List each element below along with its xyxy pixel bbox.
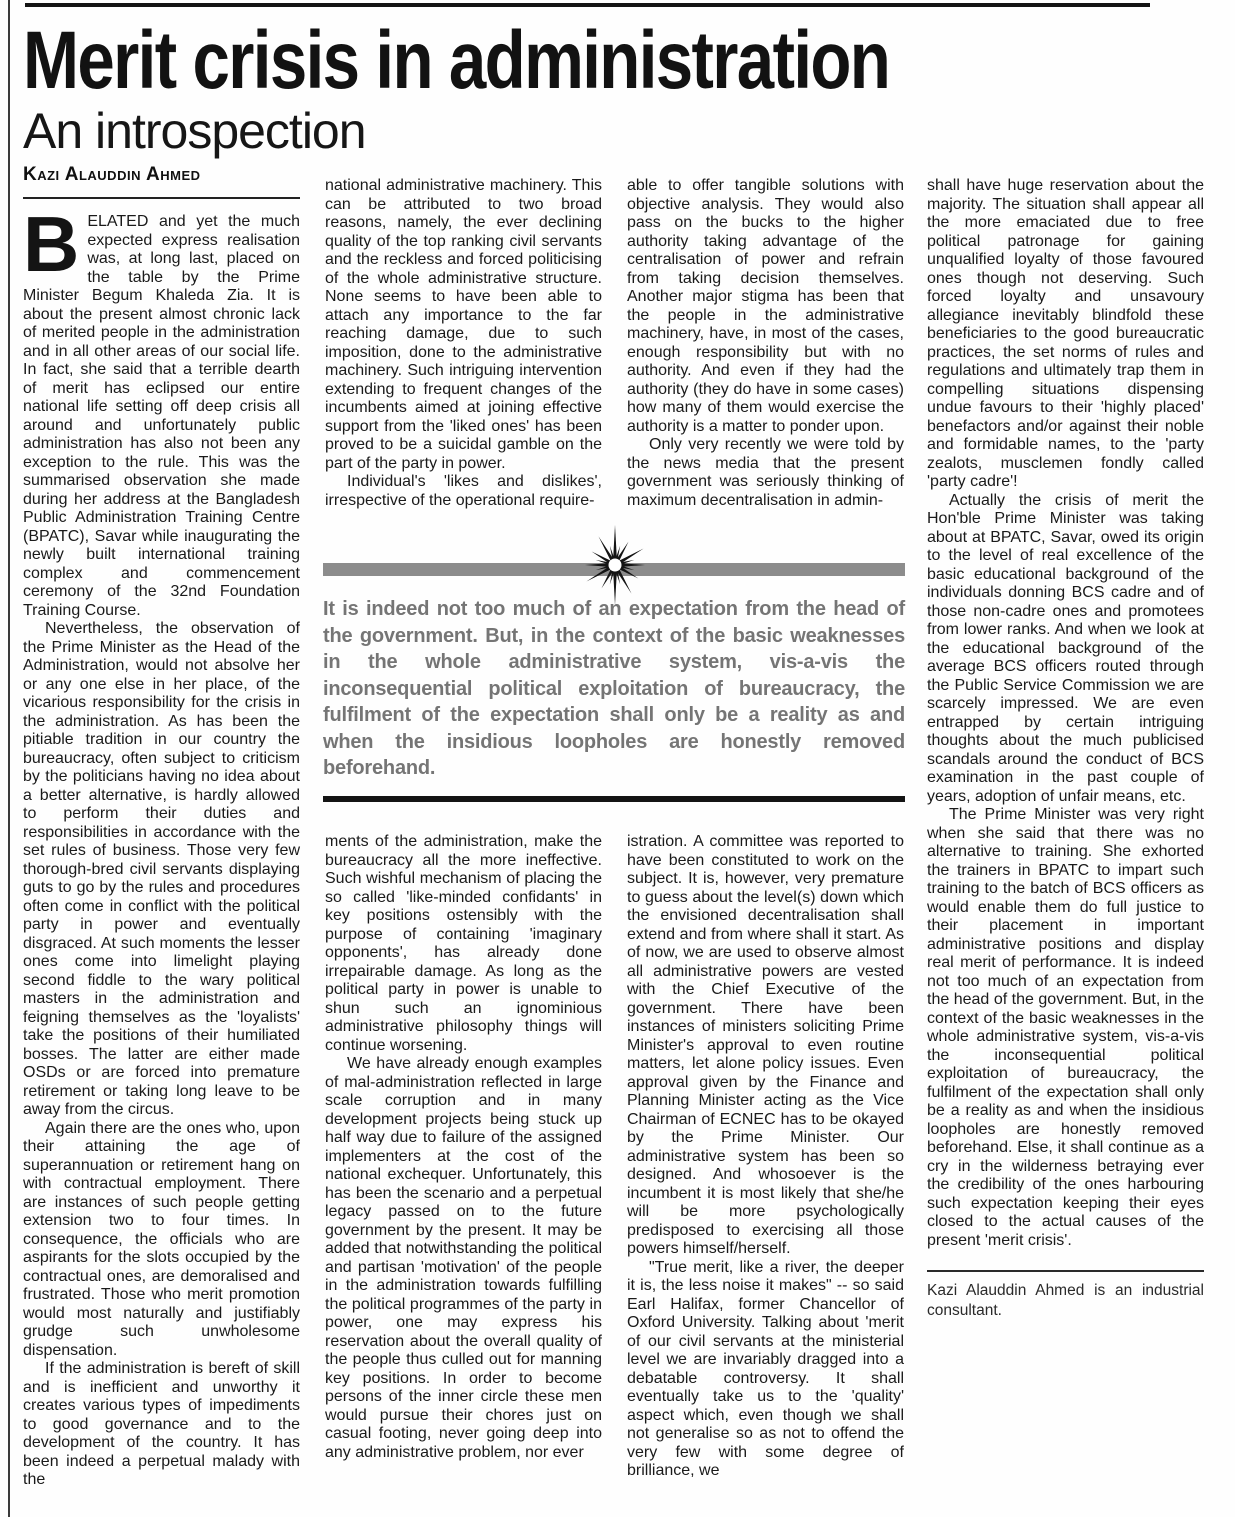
drop-cap: B	[23, 216, 79, 272]
starburst-ornament-icon	[575, 525, 655, 605]
paragraph: Only very recently we were told by the n…	[627, 436, 904, 510]
page-title: Merit crisis in administration	[23, 14, 889, 108]
paragraph: able to offer tangible solutions with ob…	[627, 177, 904, 436]
column-3-bottom: istration. A committee was reported to h…	[627, 833, 904, 1481]
paragraph: Individual's 'likes and dislikes', irres…	[325, 473, 602, 510]
paragraph: Again there are the ones who, upon their…	[23, 1120, 300, 1361]
paragraph: If the administration is bereft of skill…	[23, 1360, 300, 1490]
paragraph: We have already enough examples of mal-a…	[325, 1055, 602, 1462]
lead-paragraph: BELATED and yet the much expected expres…	[23, 213, 300, 620]
paragraph: ments of the administration, make the bu…	[325, 833, 602, 1055]
column-2-top: national administrative machinery. This …	[325, 177, 602, 510]
paragraph: shall have huge reservation about the ma…	[927, 177, 1204, 492]
byline: Kazi Alauddin Ahmed	[23, 164, 201, 186]
column-2-bottom: ments of the administration, make the bu…	[325, 833, 602, 1462]
column-1: BELATED and yet the much expected expres…	[23, 213, 300, 1490]
pull-quote: It is indeed not too much of an expectat…	[323, 563, 905, 802]
paragraph: national administrative machinery. This …	[325, 177, 602, 473]
column-4: shall have huge reservation about the ma…	[927, 177, 1204, 1320]
pull-quote-text: It is indeed not too much of an expectat…	[323, 596, 905, 782]
byline-rule	[23, 197, 300, 199]
newspaper-page: Merit crisis in administration An intros…	[0, 0, 1235, 1517]
column-3-top: able to offer tangible solutions with ob…	[627, 177, 904, 510]
paragraph: istration. A committee was reported to h…	[627, 833, 904, 1259]
paragraph: "True merit, like a river, the deeper it…	[627, 1259, 904, 1481]
paragraph: The Prime Minister was very right when s…	[927, 806, 1204, 1250]
paragraph: Actually the crisis of merit the Hon'ble…	[927, 492, 1204, 807]
footnote-rule	[927, 1270, 1204, 1272]
quote-bottom-bar	[323, 796, 905, 802]
paragraph: Nevertheless, the observation of the Pri…	[23, 620, 300, 1120]
page-top-rule	[25, 3, 1150, 7]
page-subtitle: An introspection	[23, 102, 366, 160]
footnote-text: Kazi Alauddin Ahmed is an industrial con…	[927, 1281, 1204, 1320]
page-edge-rule	[8, 0, 10, 1517]
